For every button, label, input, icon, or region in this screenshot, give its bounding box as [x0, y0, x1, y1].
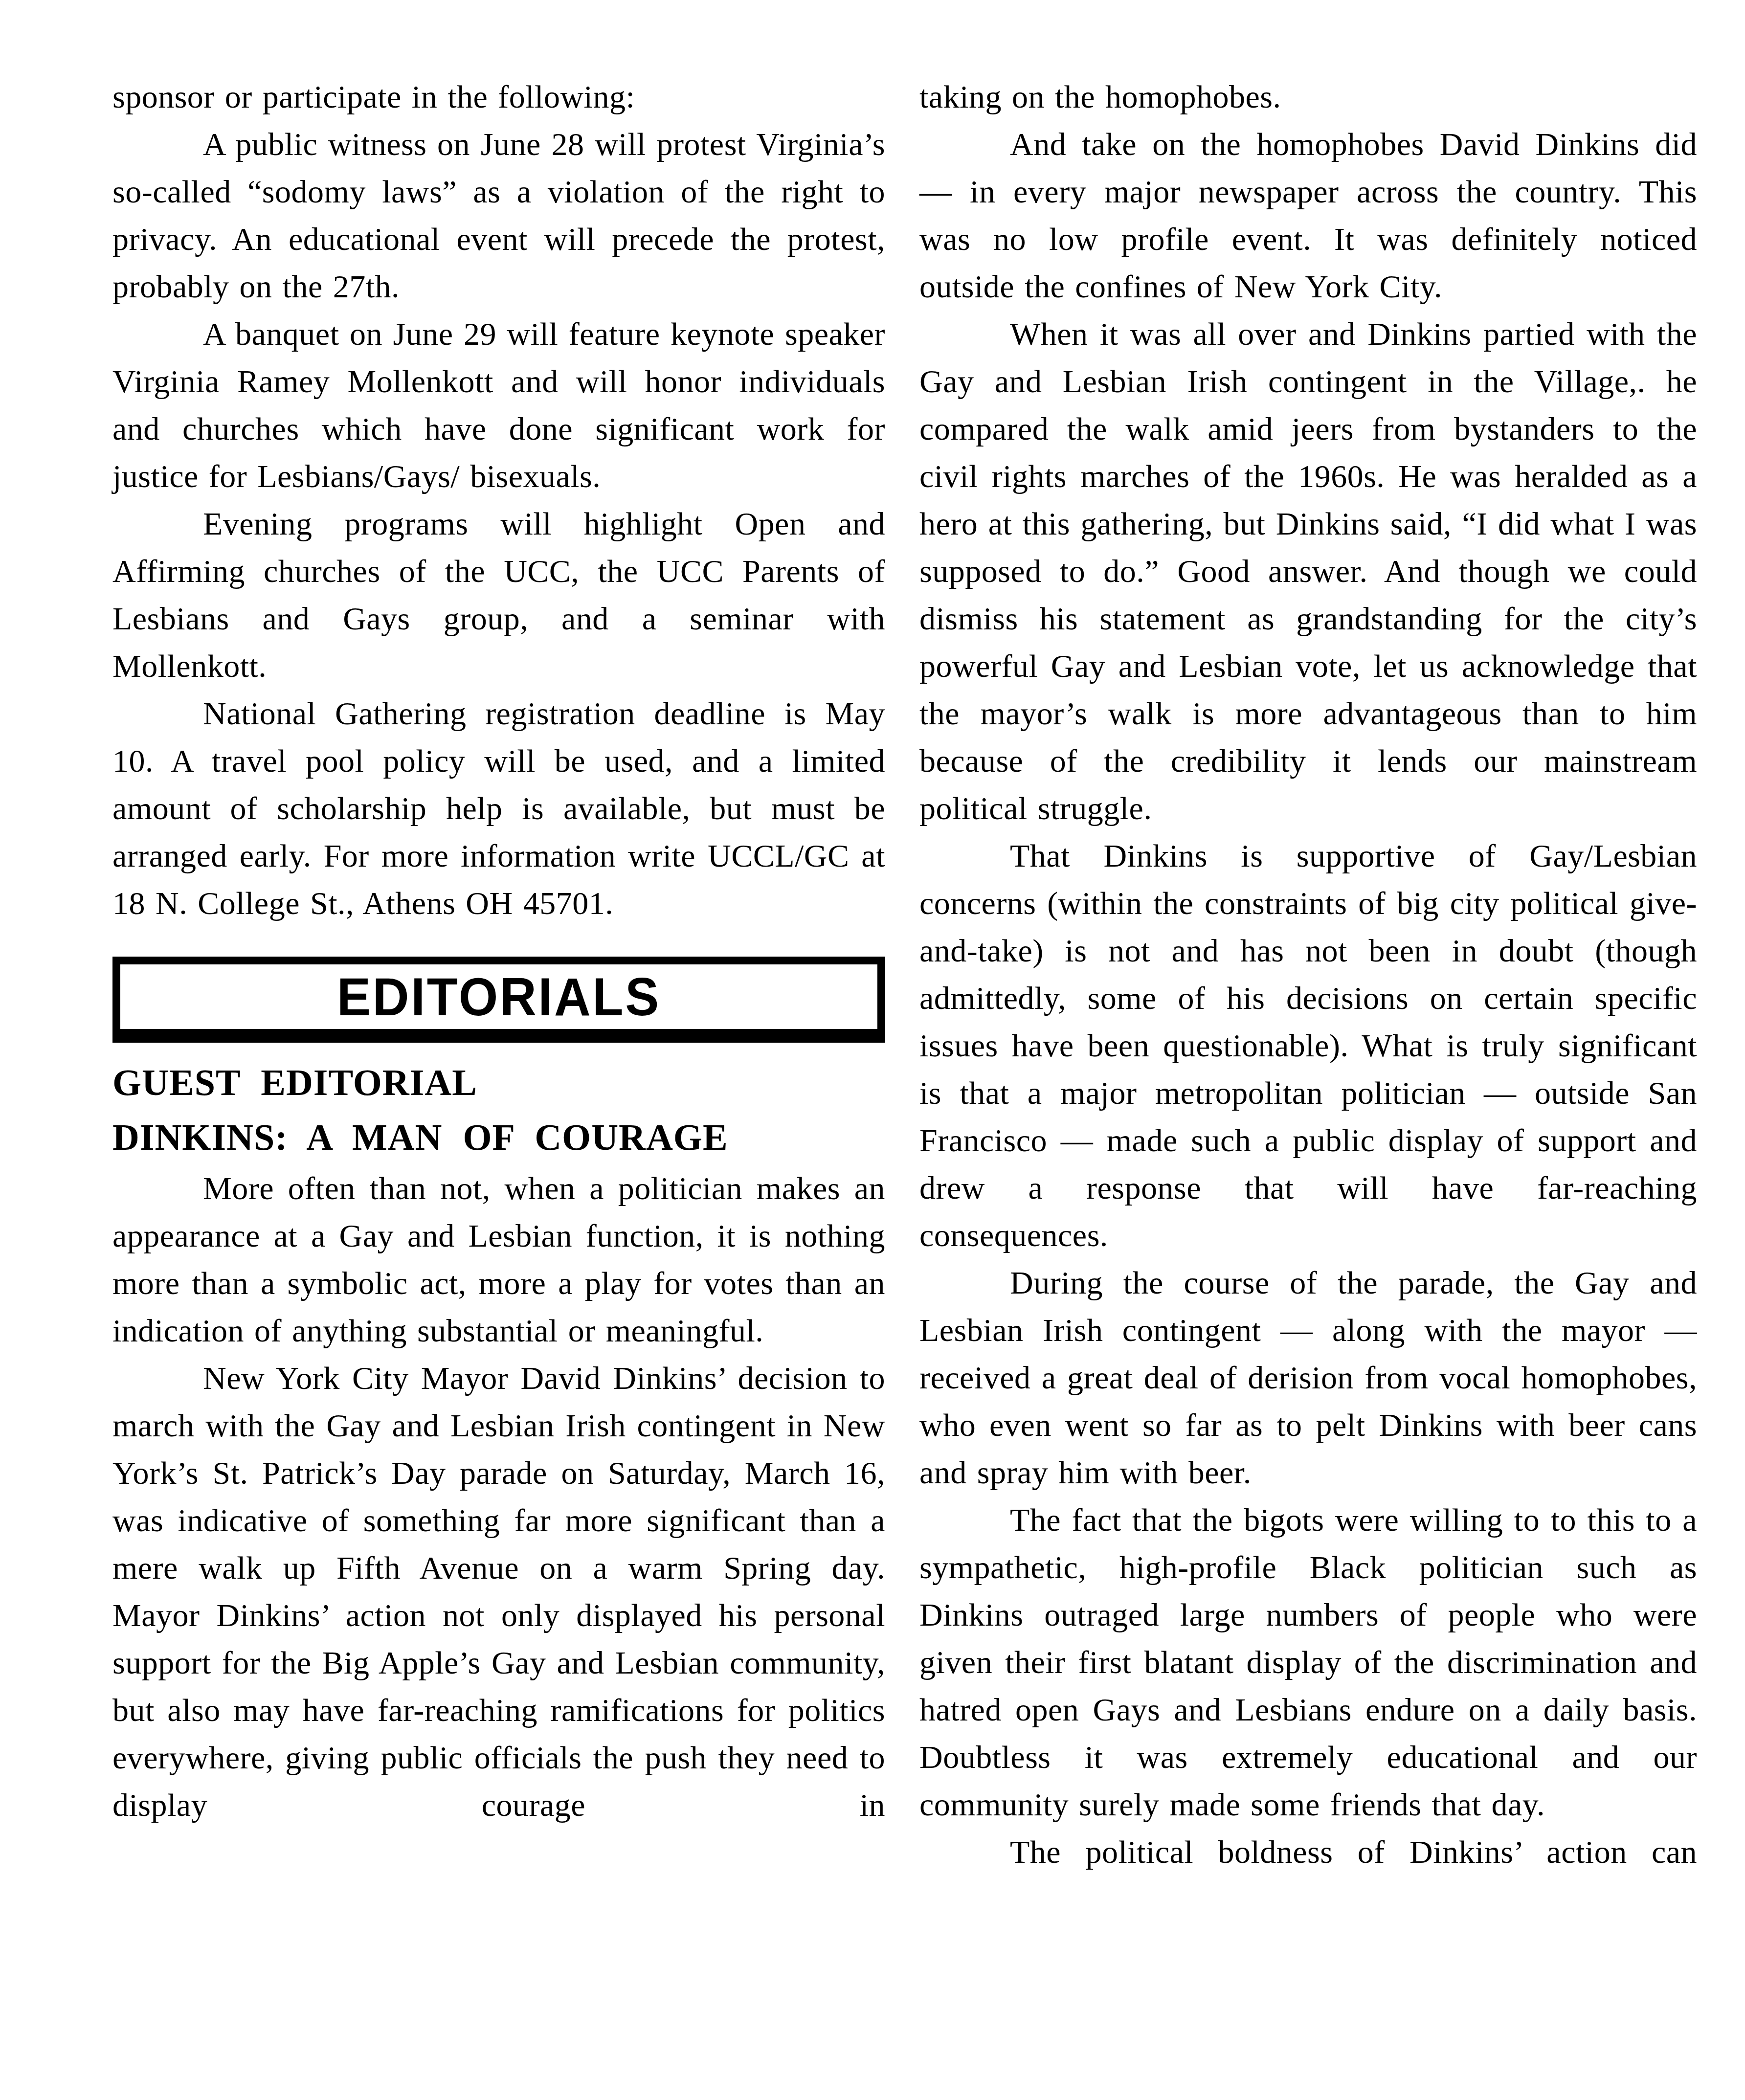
paragraph: During the course of the parade, the Gay…	[919, 1259, 1697, 1497]
paragraph: More often than not, when a politician m…	[112, 1165, 885, 1355]
paragraph-continues-next-column: New York City Mayor David Dinkins’ decis…	[112, 1355, 885, 1829]
paragraph-continuation: taking on the homophobes.	[919, 73, 1697, 121]
editorials-heading: EDITORIALS	[337, 966, 661, 1028]
paragraph: A banquet on June 29 will feature keynot…	[112, 311, 885, 500]
left-column: sponsor or participate in the following:…	[112, 73, 885, 2100]
editorial-title-heading: DINKINS: A MAN OF COURAGE	[112, 1110, 885, 1165]
paragraph: A public witness on June 28 will protest…	[112, 121, 885, 311]
paragraph-continues-next-page: The political boldness of Dinkins’ actio…	[919, 1829, 1697, 1876]
paragraph: National Gathering registration deadline…	[112, 690, 885, 927]
paragraph: The fact that the bigots were willing to…	[919, 1497, 1697, 1829]
editorials-section-box: EDITORIALS	[112, 957, 885, 1043]
paragraph: That Dinkins is supportive of Gay/Lesbia…	[919, 832, 1697, 1259]
paragraph: When it was all over and Dinkins partied…	[919, 311, 1697, 832]
paragraph-continuation: sponsor or participate in the following:	[112, 73, 885, 121]
paragraph: And take on the homophobes David Dinkins…	[919, 121, 1697, 311]
right-column: taking on the homophobes. And take on th…	[919, 73, 1697, 2100]
paragraph: Evening programs will highlight Open and…	[112, 500, 885, 690]
scanned-newsletter-page: sponsor or participate in the following:…	[0, 0, 1745, 2100]
guest-editorial-heading: GUEST EDITORIAL	[112, 1055, 885, 1110]
